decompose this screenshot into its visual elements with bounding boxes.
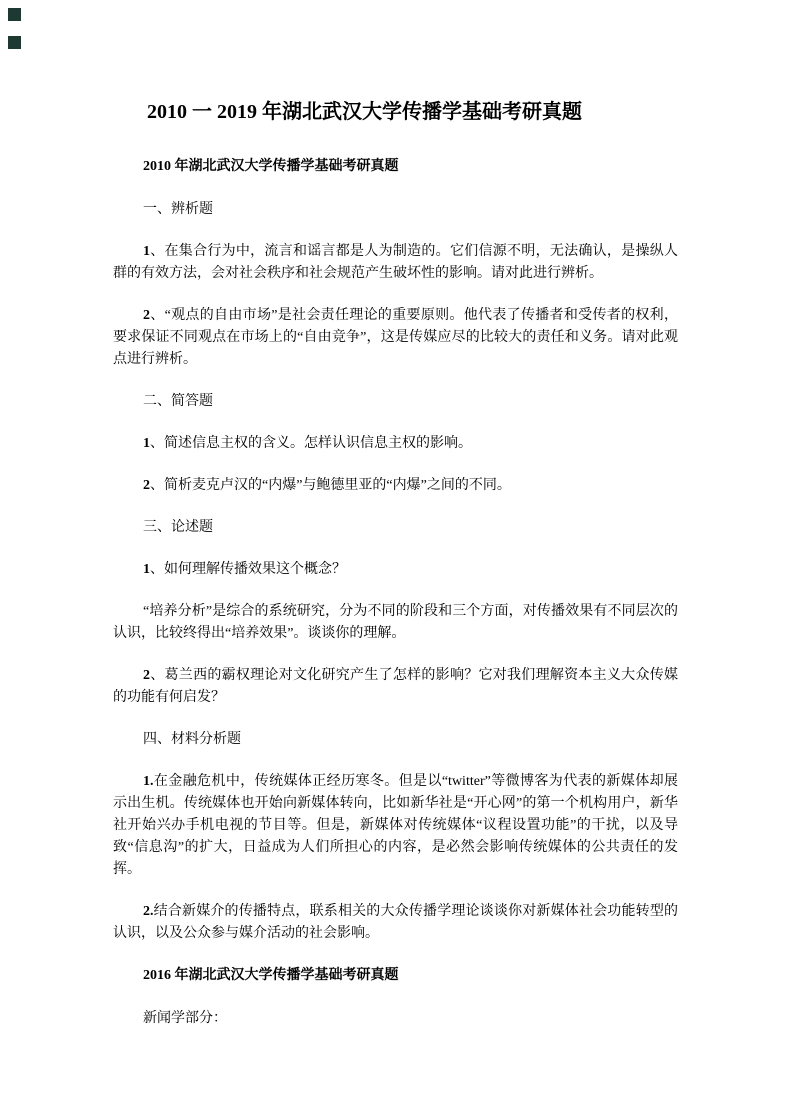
question-paragraph: 2、简析麦克卢汉的“内爆”与鲍德里亚的“内爆”之间的不同。 [113, 475, 678, 497]
question-number: 1 [143, 562, 150, 577]
question-text: 、葛兰西的霸权理论对文化研究产生了怎样的影响？它对我们理解资本主义大众传媒的功能… [113, 668, 678, 705]
question-paragraph: 1、简述信息主权的含义。怎样认识信息主权的影响。 [113, 433, 678, 455]
question-text: 、“观点的自由市场”是社会责任理论的重要原则。他代表了传播者和受传者的权利，要求… [113, 308, 678, 367]
question-text: 在金融危机中，传统媒体正经历寒冬。但是以“twitter”等微博客为代表的新媒体… [113, 774, 678, 877]
page-corner-marker-icon [8, 8, 21, 21]
exam-2016-intro: 新闻学部分： [113, 1008, 678, 1030]
question-paragraph: 2、葛兰西的霸权理论对文化研究产生了怎样的影响？它对我们理解资本主义大众传媒的功… [113, 665, 678, 709]
question-paragraph: 1、如何理解传播效果这个概念？ [113, 559, 678, 581]
question-number: 2. [143, 904, 154, 919]
section-1-heading: 一、辨析题 [113, 199, 678, 221]
question-number: 1. [143, 774, 154, 789]
question-number: 2 [143, 308, 150, 323]
question-paragraph: 1.在金融危机中，传统媒体正经历寒冬。但是以“twitter”等微博客为代表的新… [113, 771, 678, 881]
question-text: 、简析麦克卢汉的“内爆”与鲍德里亚的“内爆”之间的不同。 [150, 478, 511, 493]
document-title: 2010 一 2019 年湖北武汉大学传播学基础考研真题 [113, 97, 678, 127]
question-number: 1 [143, 436, 150, 451]
question-text: 、简述信息主权的含义。怎样认识信息主权的影响。 [150, 436, 472, 451]
question-paragraph: 2、“观点的自由市场”是社会责任理论的重要原则。他代表了传播者和受传者的权利，要… [113, 305, 678, 371]
question-paragraph: “培养分析”是综合的系统研究，分为不同的阶段和三个方面，对传播效果有不同层次的认… [113, 601, 678, 645]
question-number: 2 [143, 668, 150, 683]
question-paragraph: 1、在集合行为中，流言和谣言都是人为制造的。它们信源不明，无法确认，是操纵人群的… [113, 241, 678, 285]
section-3-heading: 三、论述题 [113, 517, 678, 539]
question-number: 2 [143, 478, 150, 493]
section-2-heading: 二、简答题 [113, 391, 678, 413]
exam-2010-heading: 2010 年湖北武汉大学传播学基础考研真题 [113, 156, 678, 178]
page-corner-marker-icon [8, 36, 21, 49]
question-text: 、在集合行为中，流言和谣言都是人为制造的。它们信源不明，无法确认，是操纵人群的有… [113, 244, 678, 281]
question-text: 结合新媒介的传播特点，联系相关的大众传播学理论谈谈你对新媒体社会功能转型的认识，… [113, 904, 678, 941]
exam-2016-heading: 2016 年湖北武汉大学传播学基础考研真题 [113, 965, 678, 987]
section-4-heading: 四、材料分析题 [113, 729, 678, 751]
question-text: “培养分析”是综合的系统研究，分为不同的阶段和三个方面，对传播效果有不同层次的认… [113, 604, 678, 641]
question-text: 、如何理解传播效果这个概念？ [150, 562, 346, 577]
question-paragraph: 2.结合新媒介的传播特点，联系相关的大众传播学理论谈谈你对新媒体社会功能转型的认… [113, 901, 678, 945]
question-number: 1 [143, 244, 150, 259]
document-body: 2010 一 2019 年湖北武汉大学传播学基础考研真题 2010 年湖北武汉大… [113, 97, 678, 1030]
document-page: { "decor": { "corner_marker_color": "#1e… [0, 0, 790, 1119]
